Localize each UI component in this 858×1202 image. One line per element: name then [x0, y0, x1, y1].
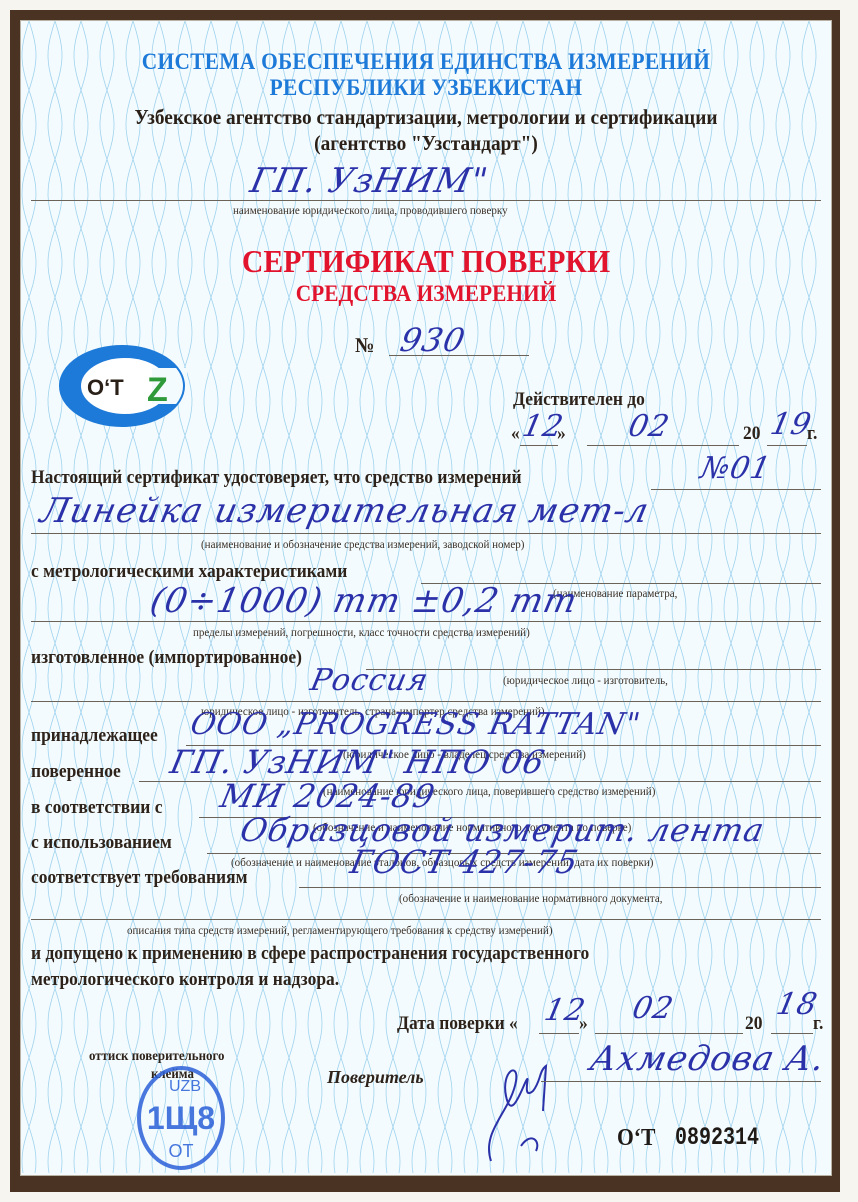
number-underline — [389, 355, 529, 356]
verification-year-g: г. — [813, 1013, 823, 1035]
valid-year-g: г. — [807, 423, 817, 445]
certificate-page: СИСТЕМА ОБЕСПЕЧЕНИЯ ЕДИНСТВА ИЗМЕРЕНИЙ Р… — [20, 20, 832, 1176]
verified-label: поверенное — [31, 761, 121, 783]
admitted-line2: метрологического контроля и надзора. — [31, 969, 339, 991]
verification-date-label: Дата поверки « — [397, 1013, 518, 1035]
accordance-value: МИ 2024-89 — [217, 777, 439, 815]
complies-label: соответствует требованиям — [31, 867, 247, 889]
number-label: № — [355, 333, 374, 358]
complies-underline2 — [31, 919, 821, 920]
svg-text:UZB: UZB — [169, 1078, 201, 1095]
owner-value: ООО „PROGRESS RATTAN" — [187, 707, 644, 742]
verification-year-underline — [771, 1033, 813, 1034]
verified-value: ГП. УзНИМ" НПО 06 — [167, 743, 548, 781]
metro-value: (0÷1000) mm ±0,2 mm — [147, 581, 582, 621]
verification-day-underline — [539, 1033, 579, 1034]
manufactured-label: изготовленное (импортированное) — [31, 647, 302, 669]
verification-year-prefix: 20 — [745, 1013, 762, 1035]
svg-text:Z: Z — [147, 371, 168, 409]
manufactured-underline — [31, 701, 821, 702]
accordance-label: в соответствии с — [31, 797, 162, 819]
organization-caption: наименование юридического лица, проводив… — [233, 203, 508, 218]
organization-underline — [31, 200, 821, 201]
certifies-label: Настоящий сертификат удостоверяет, что с… — [31, 467, 522, 489]
complies-value: ГОСТ 427-75 — [347, 843, 582, 881]
complies-caption2: описания типа средств измерений, регламе… — [127, 923, 553, 938]
owner-label: принадлежащее — [31, 725, 158, 747]
certificate-subtitle: СРЕДСТВА ИЗМЕРЕНИЙ — [49, 281, 802, 307]
svg-text:1Щ8: 1Щ8 — [147, 1100, 215, 1136]
using-label: с использованием — [31, 832, 172, 854]
valid-month-underline — [587, 445, 739, 446]
valid-until-close-quote: » — [557, 423, 566, 445]
valid-day-underline — [520, 445, 558, 446]
instrument-underline — [31, 533, 821, 534]
instrument-caption: (наименование и обозначение средства изм… — [201, 537, 524, 552]
manufactured-caption-right: (юридическое лицо - изготовитель, — [503, 673, 668, 688]
metro-label: с метрологическими характеристиками — [31, 561, 347, 583]
instrument-serial: №01 — [697, 451, 774, 486]
form-number: 0892314 — [675, 1123, 759, 1152]
svg-text:OT: OT — [169, 1141, 194, 1161]
valid-until-open-quote: « — [511, 423, 520, 445]
certificate-number: 930 — [397, 321, 469, 359]
organization-value: ГП. УзНИМ" — [247, 161, 492, 201]
verification-month-underline — [595, 1033, 743, 1034]
svg-text:O‘T: O‘T — [87, 375, 124, 400]
verification-month: 02 — [629, 991, 677, 1026]
metro-underline — [31, 621, 821, 622]
serial-underline — [651, 489, 821, 490]
valid-year-prefix: 20 — [743, 423, 760, 445]
valid-year-underline — [767, 445, 807, 446]
metro-caption: пределы измерений, погрешности, класс то… — [193, 625, 530, 640]
complies-underline — [299, 887, 821, 888]
verifier-signature[interactable] — [461, 1051, 581, 1171]
system-title-line2: РЕСПУБЛИКИ УЗБЕКИСТАН — [49, 75, 802, 101]
verifier-underline — [541, 1081, 821, 1082]
form-number-prefix: O‘T — [617, 1125, 655, 1152]
manufactured-value: Россия — [307, 663, 431, 698]
verifier-label: Поверитель — [327, 1067, 424, 1088]
system-title-line1: СИСТЕМА ОБЕСПЕЧЕНИЯ ЕДИНСТВА ИЗМЕРЕНИЙ — [49, 49, 802, 75]
verification-stamp: UZB 1Щ8 OT — [133, 1063, 228, 1173]
valid-until-label: Действителен до — [513, 389, 645, 411]
agency-title-line1: Узбекское агентство стандартизации, метр… — [53, 105, 798, 130]
manufactured-label-underline — [366, 669, 821, 670]
admitted-line1: и допущено к применению в сфере распрост… — [31, 943, 589, 965]
valid-until-month: 02 — [625, 409, 673, 444]
verification-close-quote: » — [579, 1013, 588, 1035]
complies-caption-right: (обозначение и наименование нормативного… — [399, 891, 662, 906]
otz-logo: O‘T Z — [57, 344, 187, 429]
certificate-title: СЕРТИФИКАТ ПОВЕРКИ — [49, 243, 802, 280]
agency-title-line2: (агентство "Узстандарт") — [53, 131, 798, 156]
instrument-name: Линейка измерительная мет-л — [37, 491, 653, 531]
verifier-name: Ахмедова А. — [587, 1039, 829, 1079]
